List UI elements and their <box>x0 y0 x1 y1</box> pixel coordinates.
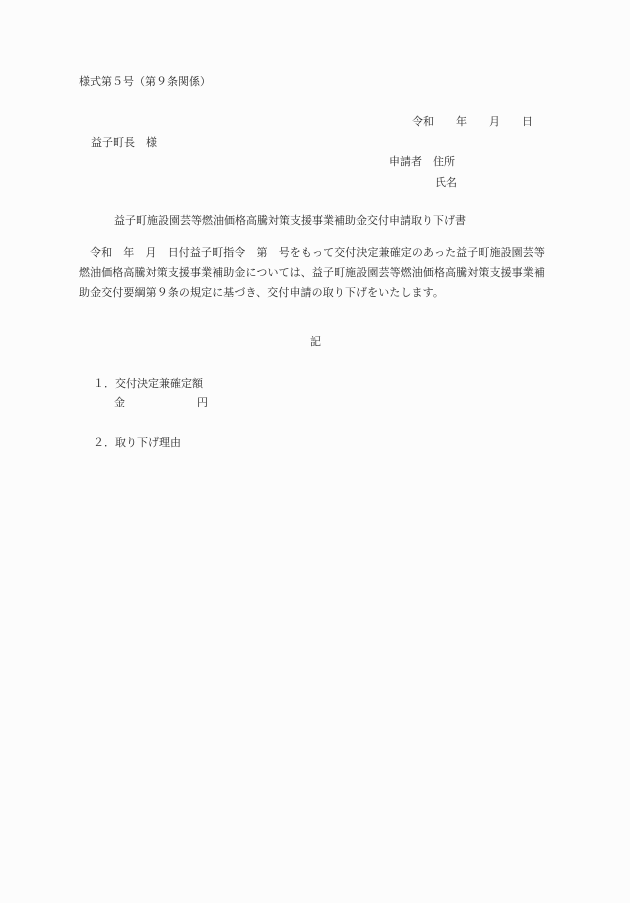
form-number: 様式第５号（第９条関係） <box>79 76 211 87</box>
item-1-amount: 金円 <box>114 397 208 408</box>
applicant-address-label: 住所 <box>433 155 455 168</box>
applicant-name-label: 氏名 <box>435 177 457 188</box>
document-title: 益子町施設園芸等燃油価格高騰対策支援事業補助金交付申請取り下げ書 <box>114 215 466 226</box>
date-day-unit: 日 <box>522 116 533 127</box>
item-1-label: 交付決定兼確定額 <box>115 377 203 390</box>
date-year-unit: 年 <box>456 116 467 127</box>
item-2-label: 取り下げ理由 <box>115 436 181 449</box>
item-2: ２．取り下げ理由 <box>93 437 181 448</box>
amount-unit: 円 <box>197 396 208 409</box>
applicant-label: 申請者 <box>389 155 422 168</box>
addressee-honorific: 様 <box>146 136 157 149</box>
item-2-number: ２． <box>93 436 115 449</box>
date-line: 令和年月日 <box>412 116 533 127</box>
addressee-name: 益子町長 <box>91 136 135 149</box>
ki-heading: 記 <box>310 336 321 347</box>
item-1: １．交付決定兼確定額 <box>93 378 203 389</box>
applicant-address-line: 申請者住所 <box>389 156 455 167</box>
date-era: 令和 <box>412 116 434 127</box>
amount-prefix: 金 <box>114 396 125 409</box>
addressee: 益子町長様 <box>91 137 157 148</box>
date-month-unit: 月 <box>489 116 500 127</box>
item-1-number: １． <box>93 377 115 390</box>
body-paragraph: 令和 年 月 日付益子町指令 第 号をもって交付決定兼確定のあった益子町施設園芸… <box>79 243 554 303</box>
